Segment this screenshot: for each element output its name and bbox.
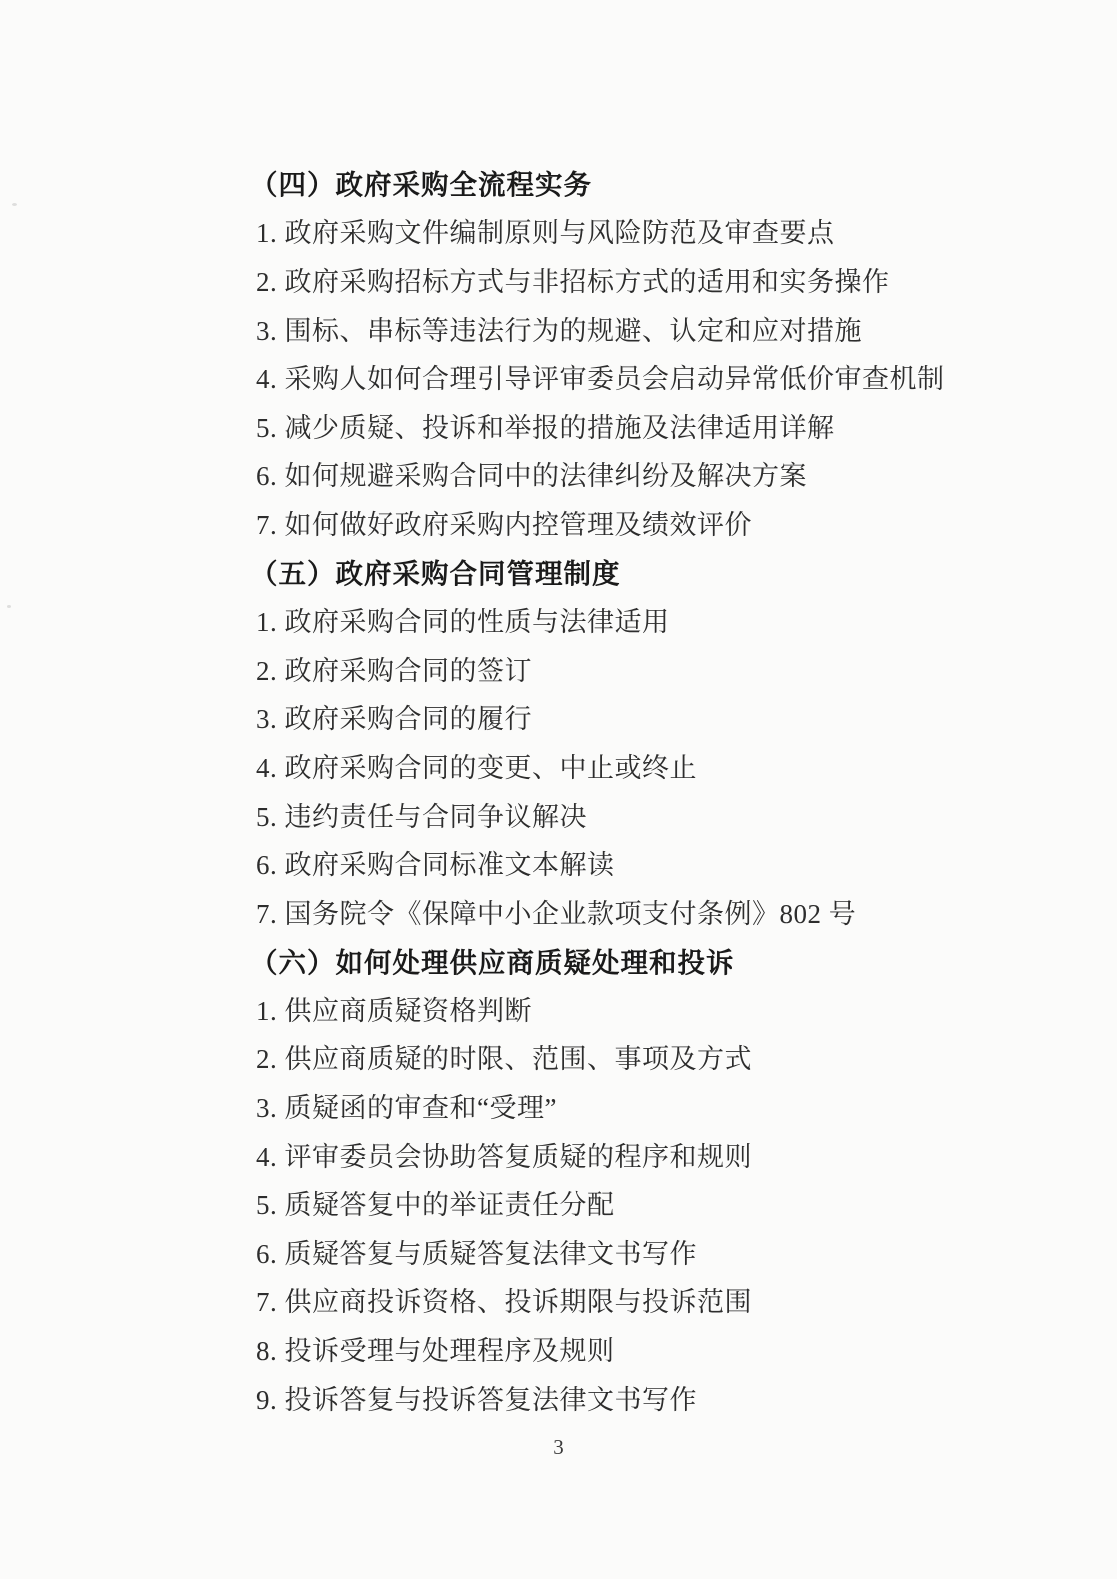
outline-item: 6. 质疑答复与质疑答复法律文书写作 [0, 1227, 1117, 1276]
outline-item: 7. 供应商投诉资格、投诉期限与投诉范围 [0, 1276, 1117, 1325]
outline-item: 2. 政府采购招标方式与非招标方式的适用和实务操作 [0, 255, 1117, 304]
outline-item: 3. 围标、串标等违法行为的规避、认定和应对措施 [0, 304, 1117, 353]
outline-item: 1. 供应商质疑资格判断 [0, 984, 1117, 1033]
outline-item: 9. 投诉答复与投诉答复法律文书写作 [0, 1373, 1117, 1422]
outline-item: 6. 政府采购合同标准文本解读 [0, 838, 1117, 887]
outline-item: 1. 政府采购文件编制原则与风险防范及审查要点 [0, 207, 1117, 256]
outline-item: 7. 国务院令《保障中小企业款项支付条例》802 号 [0, 887, 1117, 936]
page-number: 3 [0, 1435, 1117, 1460]
outline-item: 2. 政府采购合同的签订 [0, 644, 1117, 693]
section-heading: （五）政府采购合同管理制度 [0, 547, 1117, 596]
outline-item: 3. 政府采购合同的履行 [0, 693, 1117, 742]
outline-item: 4. 评审委员会协助答复质疑的程序和规则 [0, 1130, 1117, 1179]
outline-item: 1. 政府采购合同的性质与法律适用 [0, 595, 1117, 644]
section-heading: （六）如何处理供应商质疑处理和投诉 [0, 936, 1117, 985]
document-content: （四）政府采购全流程实务1. 政府采购文件编制原则与风险防范及审查要点2. 政府… [0, 158, 1117, 1421]
section-heading: （四）政府采购全流程实务 [0, 158, 1117, 207]
outline-item: 7. 如何做好政府采购内控管理及绩效评价 [0, 498, 1117, 547]
outline-item: 3. 质疑函的审查和“受理” [0, 1081, 1117, 1130]
outline-item: 2. 供应商质疑的时限、范围、事项及方式 [0, 1033, 1117, 1082]
outline-item: 5. 减少质疑、投诉和举报的措施及法律适用详解 [0, 401, 1117, 450]
outline-item: 5. 违约责任与合同争议解决 [0, 790, 1117, 839]
outline-item: 6. 如何规避采购合同中的法律纠纷及解决方案 [0, 450, 1117, 499]
outline-item: 4. 采购人如何合理引导评审委员会启动异常低价审查机制 [0, 352, 1117, 401]
outline-item: 4. 政府采购合同的变更、中止或终止 [0, 741, 1117, 790]
outline-item: 5. 质疑答复中的举证责任分配 [0, 1178, 1117, 1227]
outline-item: 8. 投诉受理与处理程序及规则 [0, 1324, 1117, 1373]
document-page: （四）政府采购全流程实务1. 政府采购文件编制原则与风险防范及审查要点2. 政府… [0, 0, 1117, 1579]
